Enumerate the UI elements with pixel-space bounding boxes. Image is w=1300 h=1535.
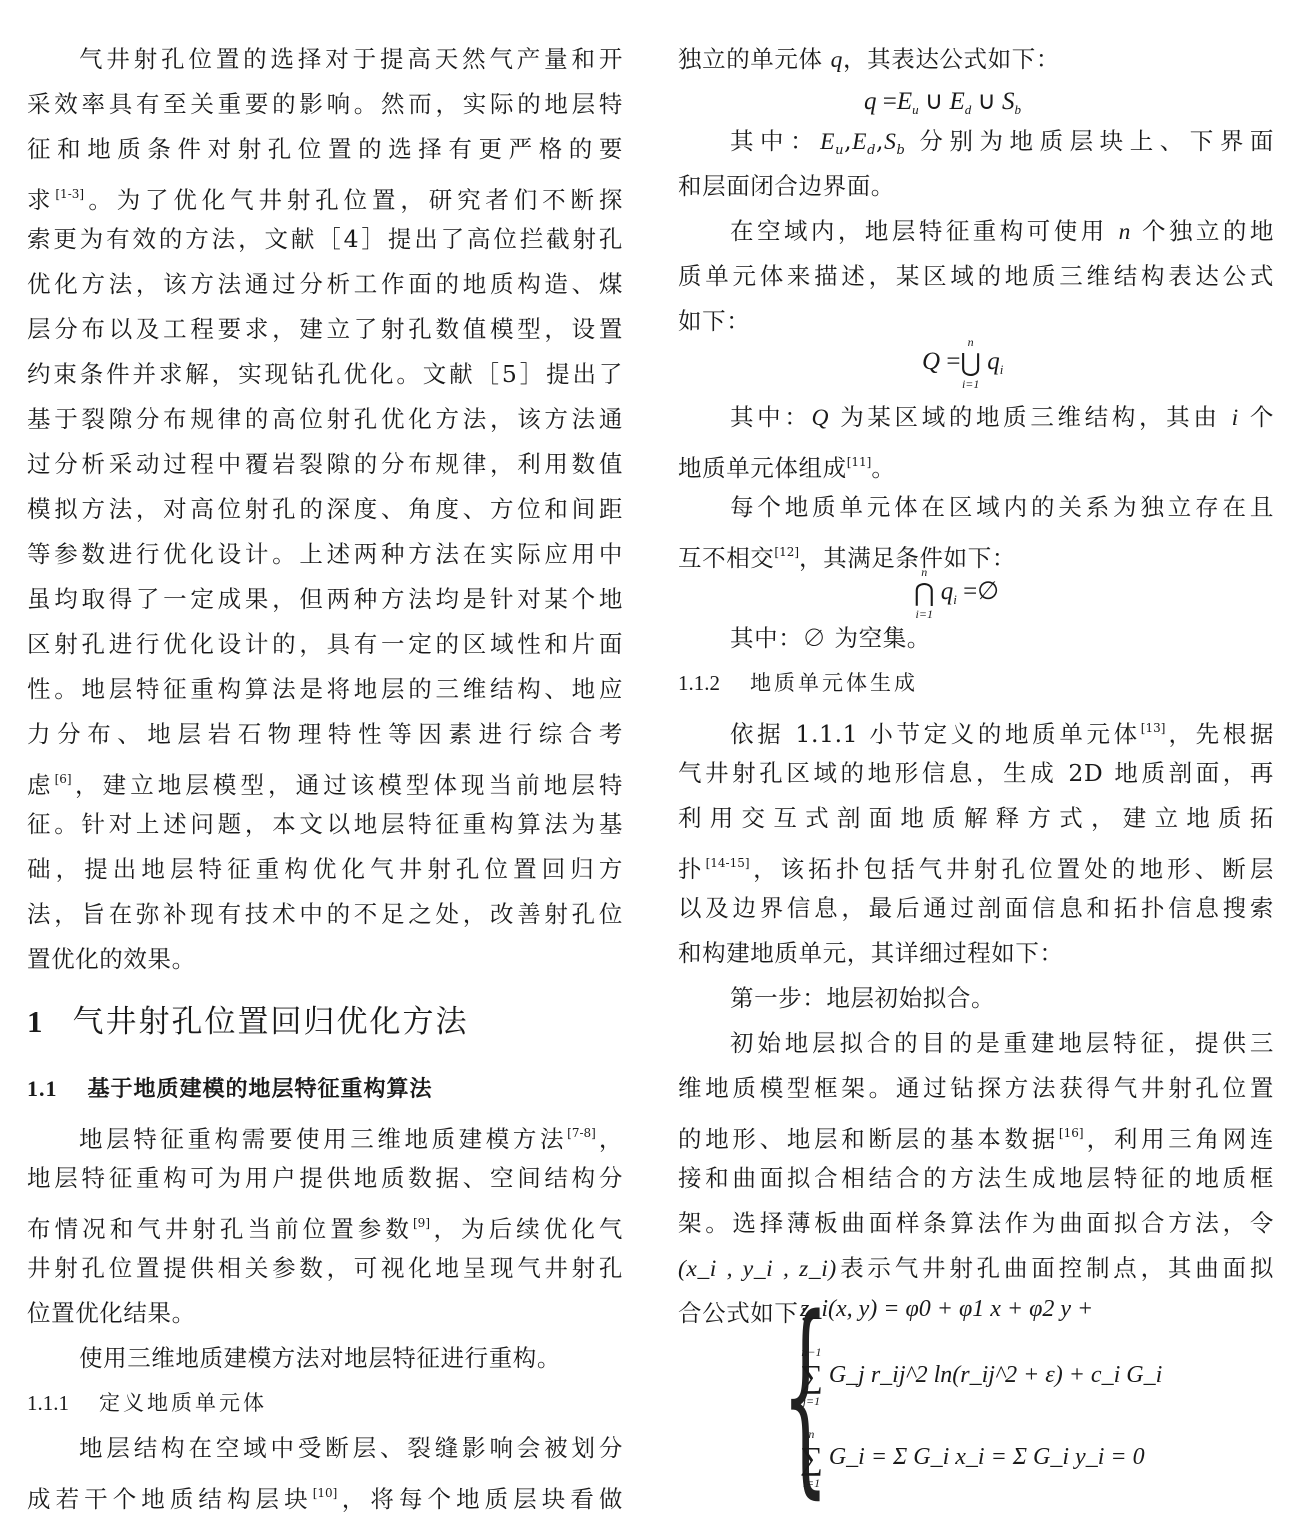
text-run: 的地形、地层和断层的基本数据 xyxy=(678,1125,1059,1153)
text-line: 在空域内，地层特征重构可使用 n 个独立的地 xyxy=(678,209,1274,254)
text-run: 为空集。 xyxy=(826,624,930,652)
math-var: q xyxy=(831,47,843,73)
equation-4-line-2: n−1∑j=1 G_j r_ij^2 ln(r_ij^2 + ε) + c_i … xyxy=(800,1358,1162,1395)
text-line: 初始地层拟合的目的是重建地层特征，提供三 xyxy=(678,1021,1274,1066)
text-run: 求 xyxy=(27,186,55,214)
text-line: 地层特征重构需要使用三维地质建模方法[7-8]， xyxy=(27,1111,623,1156)
citation: [11] xyxy=(847,455,872,469)
citation: [12] xyxy=(774,545,799,559)
text-run: 地质单元体组成 xyxy=(678,454,847,482)
text-line: 气井射孔位置的选择对于提高天然气产量和开 xyxy=(27,37,623,82)
math-op: ∪ xyxy=(977,88,995,115)
text-line: 气井射孔区域的地形信息，生成 2D 地质剖面，再 xyxy=(678,751,1274,796)
math-expression: G_i = Σ G_i x_i = Σ G_i y_i = 0 xyxy=(829,1444,1145,1470)
text-run: 。为了优化气井射孔位置，研究者们不断探 xyxy=(84,186,623,214)
text-line: 成若干个地质结构层块[10]，将每个地质层块看做 xyxy=(27,1471,623,1516)
text-line: 的地形、地层和断层的基本数据[16]，利用三角网连 xyxy=(678,1111,1274,1156)
big-union-operator: n⋃i=1 xyxy=(960,348,981,378)
text-line: 性。地层特征重构算法是将地层的三维结构、地应 xyxy=(27,667,623,712)
text-line: 法，旨在弥补现有技术中的不足之处，改善射孔位 xyxy=(27,892,623,937)
section-heading-1-1-2: 1.1.2地质单元体生成 xyxy=(678,661,1274,706)
limit-bottom: j=1 xyxy=(800,1395,823,1407)
text-run: 依据 1.1.1 小节定义的地质单元体 xyxy=(730,720,1141,748)
big-intersection-operator: n⋂i=1 xyxy=(914,578,935,608)
text-run: 其中： xyxy=(730,127,820,155)
text-line: 独立的单元体 q，其表达公式如下： xyxy=(678,37,1274,82)
text-run: 表示气井射孔曲面控制点，其曲面拟 xyxy=(837,1254,1274,1282)
citation: [9] xyxy=(413,1216,430,1230)
text-line: 地质单元体组成[11]。 xyxy=(678,440,1274,485)
math-op: = xyxy=(883,88,897,115)
limit-top: n xyxy=(800,1428,823,1440)
text-run: 独立的单元体 xyxy=(678,45,831,73)
section-title: 基于地质建模的地层特征重构算法 xyxy=(88,1077,433,1102)
section-title: 气井射孔位置回归优化方法 xyxy=(73,1004,469,1040)
text-line: 扑[14-15]，该拓扑包括气井射孔位置处的地形、断层 xyxy=(678,841,1274,886)
text-line: 第一步：地层初始拟合。 xyxy=(678,976,1274,1021)
citation: [1-3] xyxy=(55,187,84,201)
text-run: ，利用三角网连 xyxy=(1084,1125,1274,1153)
limit-bottom: i=1 xyxy=(800,1477,823,1489)
text-line: 使用三维地质建模方法对地层特征进行重构。 xyxy=(27,1336,623,1381)
text-line: 基于裂隙分布规律的高位射孔优化方法，该方法通 xyxy=(27,397,623,442)
text-line: 以及边界信息，最后通过剖面信息和拓扑信息搜索 xyxy=(678,886,1274,931)
section-number: 1.1.2 xyxy=(678,671,720,695)
math-op: = xyxy=(946,348,960,375)
text-line: 虑[6]，建立地层模型，通过该模型体现当前地层特 xyxy=(27,757,623,802)
math-var: E xyxy=(820,129,835,155)
text-line: 约束条件并求解，实现钻孔优化。文献［5］提出了 xyxy=(27,352,623,397)
equation-3: n⋂i=1 qi =∅ xyxy=(914,576,999,608)
empty-set-symbol: ∅ xyxy=(802,624,826,652)
empty-set-symbol: ∅ xyxy=(977,578,999,605)
text-line: 求[1-3]。为了优化气井射孔位置，研究者们不断探 xyxy=(27,172,623,217)
math-op: ⋂ xyxy=(914,580,935,607)
math-var: E xyxy=(897,88,912,115)
text-line: 其中：Q 为某区域的地质三维结构，其由 i 个 xyxy=(678,395,1274,440)
equation-1: q =Eu ∪ Ed ∪ Sb xyxy=(864,86,1021,118)
text-line: 和层面闭合边界面。 xyxy=(678,164,1274,209)
text-line: 互不相交[12]，其满足条件如下： xyxy=(678,530,1274,575)
text-line: 采效率具有至关重要的影响。然而，实际的地层特 xyxy=(27,82,623,127)
text-line: 征。针对上述问题，本文以地层特征重构算法为基 xyxy=(27,802,623,847)
text-run: 分别为地质层块上、下界面 xyxy=(919,127,1274,155)
math-var: q xyxy=(987,348,1000,375)
math-var: Q xyxy=(812,405,830,431)
text-line: 础，提出地层特征重构优化气井射孔位置回归方 xyxy=(27,847,623,892)
text-line: 置优化的效果。 xyxy=(27,937,623,982)
text-line: 力分布、地层岩石物理特性等因素进行综合考 xyxy=(27,712,623,757)
text-run: ，为后续优化气 xyxy=(430,1215,623,1243)
math-var: E xyxy=(949,88,964,115)
text-line: 井射孔位置提供相关参数，可视化地呈现气井射孔 xyxy=(27,1246,623,1291)
math-op: = xyxy=(963,578,977,605)
math-sub: d xyxy=(867,143,876,158)
text-line: 每个地质单元体在区域内的关系为独立存在且 xyxy=(678,485,1274,530)
text-line: 层分布以及工程要求，建立了射孔数值模型，设置 xyxy=(27,307,623,352)
math-sub: d xyxy=(965,102,972,117)
text-line: 其中：Eu,Ed,Sb 分别为地质层块上、下界面 xyxy=(678,119,1274,164)
section-number: 1 xyxy=(27,1004,45,1039)
citation: [7-8] xyxy=(567,1126,596,1140)
text-line: 优化方法，该方法通过分析工作面的地质构造、煤 xyxy=(27,262,623,307)
text-run: 在空域内，地层特征重构可使用 xyxy=(730,217,1119,245)
text-line: (x_i , y_i , z_i)表示气井射孔曲面控制点，其曲面拟 xyxy=(678,1246,1274,1291)
math-sub: b xyxy=(896,143,905,158)
math-var: n xyxy=(1119,219,1131,245)
text-line: 过分析采动过程中覆岩裂隙的分布规律，利用数值 xyxy=(27,442,623,487)
section-title: 定义地质单元体 xyxy=(99,1391,267,1415)
text-run: 虑 xyxy=(27,771,55,799)
text-line: 质单元体来描述，某区域的地质三维结构表达公式 xyxy=(678,254,1274,299)
text-line: 其中：∅ 为空集。 xyxy=(678,616,1274,661)
text-line: 维地质模型框架。通过钻探方法获得气井射孔位置 xyxy=(678,1066,1274,1111)
text-line: 虽均取得了一定成果，但两种方法均是针对某个地 xyxy=(27,577,623,622)
limit-top: n xyxy=(960,336,981,348)
math-var: E xyxy=(852,129,867,155)
text-run: 地层特征重构需要使用三维地质建模方法 xyxy=(79,1125,567,1153)
text-run: 扑 xyxy=(678,855,706,883)
text-run: ，其满足条件如下： xyxy=(799,544,1016,572)
text-line: 索更为有效的方法，文献［4］提出了高位拦截射孔 xyxy=(27,217,623,262)
text-line: 区射孔进行优化设计的，具有一定的区域性和片面 xyxy=(27,622,623,667)
text-line: 利用交互式剖面地质解释方式，建立地质拓 xyxy=(678,796,1274,841)
text-run: 个独立的地 xyxy=(1131,217,1274,245)
text-line: 等参数进行优化设计。上述两种方法在实际应用中 xyxy=(27,532,623,577)
citation: [16] xyxy=(1059,1126,1084,1140)
text-line: 布情况和气井射孔当前位置参数[9]，为后续优化气 xyxy=(27,1201,623,1246)
summation-operator: n∑i=1 xyxy=(800,1440,823,1477)
text-line: 地层结构在空域中受断层、裂缝影响会被划分 xyxy=(27,1426,623,1471)
text-run: 其中： xyxy=(730,624,802,652)
math-var: q xyxy=(864,88,877,115)
text-line: 地层特征重构可为用户提供地质数据、空间结构分 xyxy=(27,1156,623,1201)
math-var: S xyxy=(884,129,896,155)
math-sub: i xyxy=(1000,362,1004,377)
limit-bottom: i=1 xyxy=(960,378,981,390)
text-run: 布情况和气井射孔当前位置参数 xyxy=(27,1215,413,1243)
citation: [6] xyxy=(55,772,72,786)
text-line: 架。选择薄板曲面样条算法作为曲面拟合方法，令 xyxy=(678,1201,1274,1246)
math-var: Q xyxy=(922,348,940,375)
math-op: ⋃ xyxy=(960,350,981,377)
math-sub: i xyxy=(953,592,957,607)
math-op: ∑ xyxy=(800,1358,823,1394)
text-run: 成若干个地质结构层块 xyxy=(27,1485,313,1513)
math-op: ∑ xyxy=(800,1440,823,1476)
math-expression: G_j r_ij^2 ln(r_ij^2 + ε) + c_i G_i xyxy=(829,1362,1162,1388)
text-run: 个 xyxy=(1239,403,1274,431)
math-var: q xyxy=(941,578,954,605)
citation: [14-15] xyxy=(706,856,750,870)
text-run: ，先根据 xyxy=(1165,720,1274,748)
text-line: 接和曲面拟合相结合的方法生成地层特征的地质框 xyxy=(678,1156,1274,1201)
math-var: S xyxy=(1002,88,1015,115)
text-line: 和构建地质单元，其详细过程如下： xyxy=(678,931,1274,976)
limit-top: n xyxy=(914,566,935,578)
text-line: 位置优化结果。 xyxy=(27,1291,623,1336)
text-run: ，建立地层模型，通过该模型体现当前地层特 xyxy=(72,771,623,799)
text-run: 为某区域的地质三维结构，其由 xyxy=(829,403,1232,431)
text-run: ，其表达公式如下： xyxy=(843,45,1060,73)
text-run: 。 xyxy=(871,454,895,482)
text-run: ， xyxy=(596,1125,623,1153)
text-line: 依据 1.1.1 小节定义的地质单元体[13]，先根据 xyxy=(678,706,1274,751)
citation: [10] xyxy=(313,1486,338,1500)
math-sub: u xyxy=(912,102,919,117)
math-var: i xyxy=(1232,405,1239,431)
section-heading-1-1: 1.1基于地质建模的地层特征重构算法 xyxy=(27,1066,623,1111)
section-heading-1: 1气井射孔位置回归优化方法 xyxy=(27,997,623,1047)
math-sub: u xyxy=(835,143,844,158)
text-line: 征和地质条件对射孔位置的选择有更严格的要 xyxy=(27,127,623,172)
text-line: 模拟方法，对高位射孔的深度、角度、方位和间距 xyxy=(27,487,623,532)
text-run: 其中： xyxy=(730,403,812,431)
equation-4-line-1: z_i(x, y) = φ0 + φ1 x + φ2 y + xyxy=(800,1296,1093,1323)
text-run: 互不相交 xyxy=(678,544,774,572)
equation-2: Q =n⋃i=1 qi xyxy=(922,348,1003,378)
math-op: ∪ xyxy=(925,88,943,115)
summation-operator: n−1∑j=1 xyxy=(800,1358,823,1395)
section-heading-1-1-1: 1.1.1定义地质单元体 xyxy=(27,1381,623,1426)
text-run: ，该拓扑包括气井射孔位置处的地形、断层 xyxy=(750,855,1274,883)
limit-top: n−1 xyxy=(800,1346,823,1358)
section-title: 地质单元体生成 xyxy=(750,671,918,695)
text-run: ，将每个地质层块看做 xyxy=(337,1485,623,1513)
math-sub: b xyxy=(1015,102,1022,117)
section-number: 1.1.1 xyxy=(27,1391,69,1415)
citation: [13] xyxy=(1141,721,1166,735)
section-number: 1.1 xyxy=(27,1076,58,1101)
equation-4-line-3: n∑i=1 G_i = Σ G_i x_i = Σ G_i y_i = 0 xyxy=(800,1440,1145,1477)
